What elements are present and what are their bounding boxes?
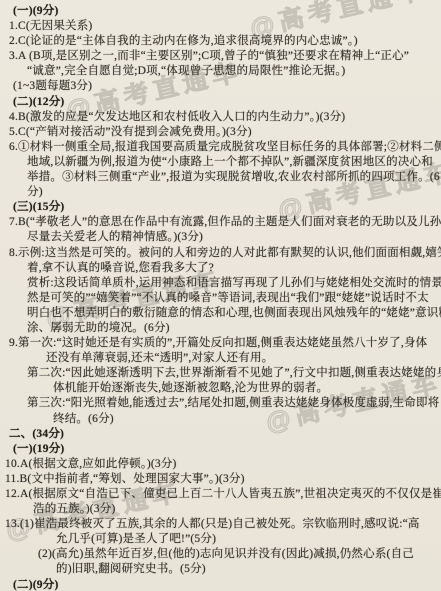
text-line: 5.C(“产销对接活动”没有提到会减免费用。)(3分) [9,125,441,140]
text-line: (一)(9分) [13,4,441,19]
text-line: (二)(12分) [13,95,441,110]
text-line: 还没有单薄衰弱,还未“透明”,对家人还有用。 [46,351,441,366]
text-line: (1~3题每题3分) [13,79,441,94]
text-line: 2.C(论证的是“主体自我的主动内在修为,追求很高境界的内心忠诚”。) [9,34,441,49]
text-line: (一)(19分) [13,442,441,457]
text-line: 的)旧职,翻阅研究史书。(5分) [56,562,441,577]
answer-text-block: (一)(9分)1.C(无因果关系)2.C(论证的是“主体自我的主动内在修为,追求… [0,4,441,591]
text-line: (三)(15分) [13,200,441,215]
text-line: 二、(34分) [9,427,441,442]
text-line: 9.第一次:“这时她还是有实质的”,开篇处反向扣题,侧重表达姥姥虽然八十岁了,身… [9,336,441,351]
answer-sheet-page: @高考直通车@高考直通车@高考直通车@高考直通车@高考直通车@高考直通车 (一)… [0,0,441,591]
text-line: 10.A(根据文意,应如此停顿。)(3分) [5,457,441,472]
text-line: 终结。(6分) [53,412,441,427]
text-line: 地域,以新疆为例,报道为使“小康路上一个都不掉队”,新疆深度贫困地区的决心和 [27,155,441,170]
text-line: 涂、孱弱无助的境况。(6分) [27,321,441,336]
text-line: 允几乎(可算)是圣人了吧!”(5分) [56,532,441,547]
text-line: 7.B(“孝敬老人”的意思在作品中有流露,但作品的主题是人们面对衰老的无助以及儿… [9,215,441,230]
text-line: 第三次:“阳光照着她,能透过去”,结尾处扣题,侧重表达姥姥身体极度虚弱,生命即将 [27,396,441,411]
text-line: 赏析:这段话简单质朴,运用神态和语言描写再现了儿孙们与姥姥相处交流时的情景。“当 [27,276,441,291]
text-line: “诚意”,完全自愿自觉;D项,“体现曾子思想的局限性”推论无据。) [27,64,441,79]
text-line: (二)(9分) [13,578,441,591]
text-line: 8.示例:这当然是可笑的。被问的人和旁边的人对此都有默契的认识,他们面面相觑,嬉… [9,246,441,261]
text-line: 第二次:“因此她逐渐透明下去,世界渐渐看不见她了”,行文中扣题,侧重表达姥姥的身 [27,366,441,381]
text-line: 3.A (B项,是区别之一,而非“主要区别”;C项,曾子的“慎独”还要求在精神上… [9,49,441,64]
text-line: 着,拿不认真的嗓音说,您看我多大了? [27,261,441,276]
text-line: 4.B(激发的应是“欠发达地区和农村低收入人口的内生动力”。)(3分) [9,110,441,125]
text-line: 6.①材料一侧重全局,报道我国要高质量完成脱贫攻坚目标任务的具体部署;②材料二侧… [9,140,441,155]
text-line: 尽量去关爱老人的精神情感。)(3分) [27,230,441,245]
text-line: 11.B(文中指前者,“筹划、处理国家大事”。)(3分) [5,472,441,487]
text-line: 分) [27,185,441,200]
text-line: 举措。③材料三侧重“产业”,报道为实现脱贫增收,农业农村部所抓的四项工作。(6 [27,170,441,185]
text-line: 浩的五族。)(3分) [33,502,441,517]
text-line: 12.A(根据原文“自浩已下、僮吏已上百二十八人皆夷五族”,世祖决定夷灭的不仅仅… [5,487,441,502]
text-line: 然是可笑的”“嬉笑着”“不认真的嗓音”等语词,表现出“我们”跟“姥姥”说话时不太 [27,291,441,306]
text-line: 体机能开始逐渐丧失,她逐渐被忽略,沦为世界的弱者。 [53,381,441,396]
text-line: 13.(1)崔浩最终被灭了五族,其余的人都(只是)自己被处死。宗钦临刑时,感叹说… [5,517,441,532]
text-line: 1.C(无因果关系) [9,19,441,34]
text-line: 明白也不想弄明白的敷衍随意的情态和心理,也侧面表现出风烛残年的“姥姥”意识糊 [27,306,441,321]
text-line: (2)(高允)虽然年近百岁,但(他的)志向见识并没有(因此)减损,仍然心系(自己 [38,547,441,562]
